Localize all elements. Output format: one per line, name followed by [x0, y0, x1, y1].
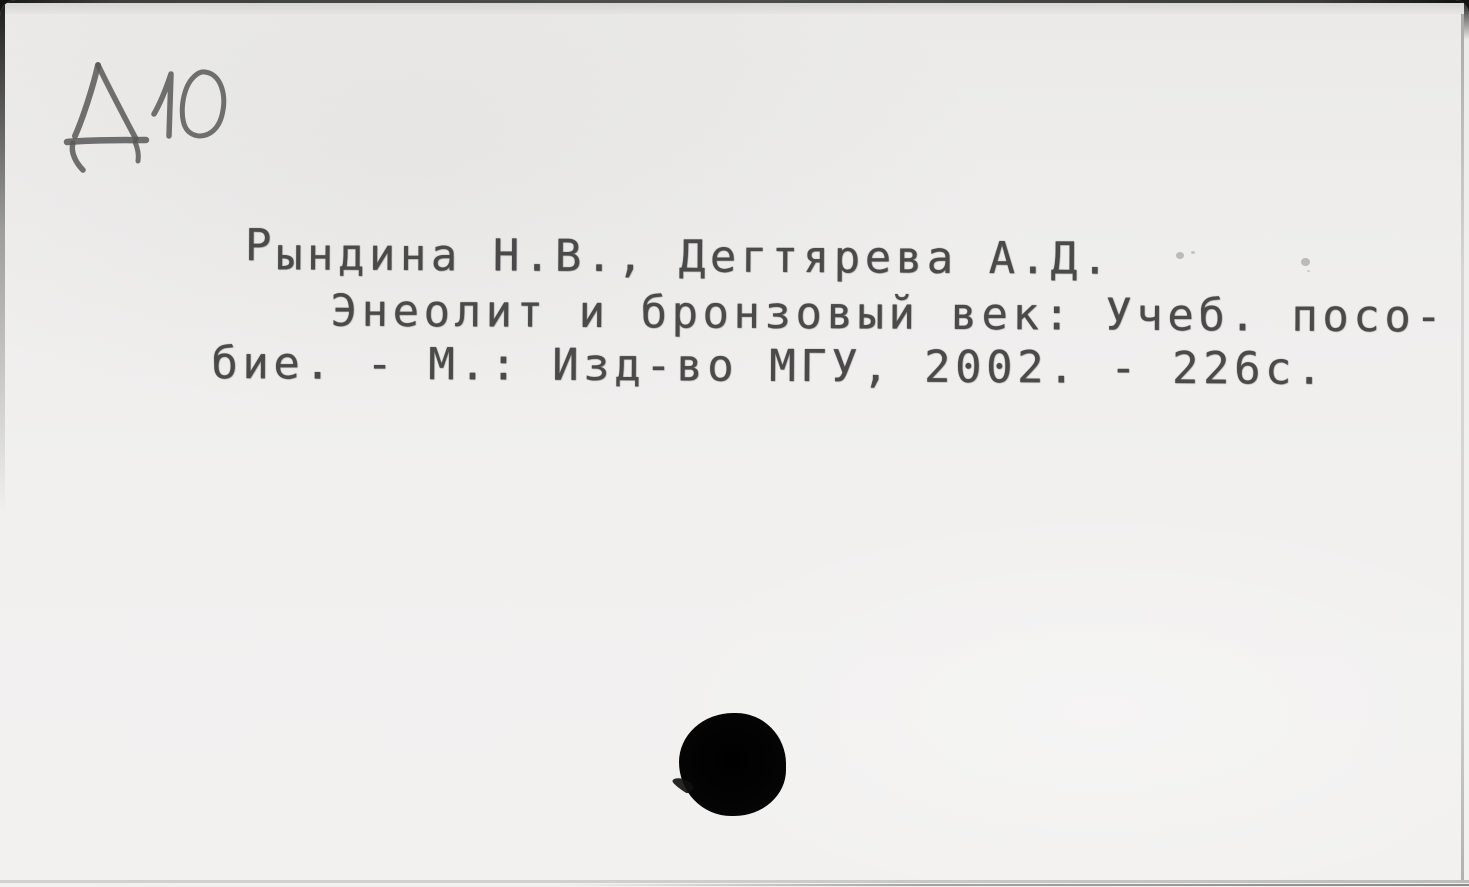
author-raised-initial: Р	[245, 220, 276, 271]
card-bottom-dark-hairline	[558, 884, 1469, 886]
citation-line-imprint: бие. - М.: Изд-во МГУ, 2002. - 226с.	[211, 342, 1327, 392]
citation-line-authors: Рындина Н.В., Дегтярева А.Д.	[245, 233, 1113, 282]
citation-line-title: Энеолит и бронзовый век: Учеб. посо-	[331, 290, 1447, 340]
author-line-text: ындина Н.В., Дегтярева А.Д.	[276, 229, 1113, 284]
catalog-card: Рындина Н.В., Дегтярева А.Д. Энеолит и б…	[0, 0, 1469, 887]
citation-block: Рындина Н.В., Дегтярева А.Д. Энеолит и б…	[0, 0, 1469, 507]
scan-speck	[1176, 252, 1184, 259]
ink-dot	[679, 713, 786, 816]
card-bottom-edge-line	[0, 880, 1469, 883]
scan-speck	[1301, 258, 1310, 266]
